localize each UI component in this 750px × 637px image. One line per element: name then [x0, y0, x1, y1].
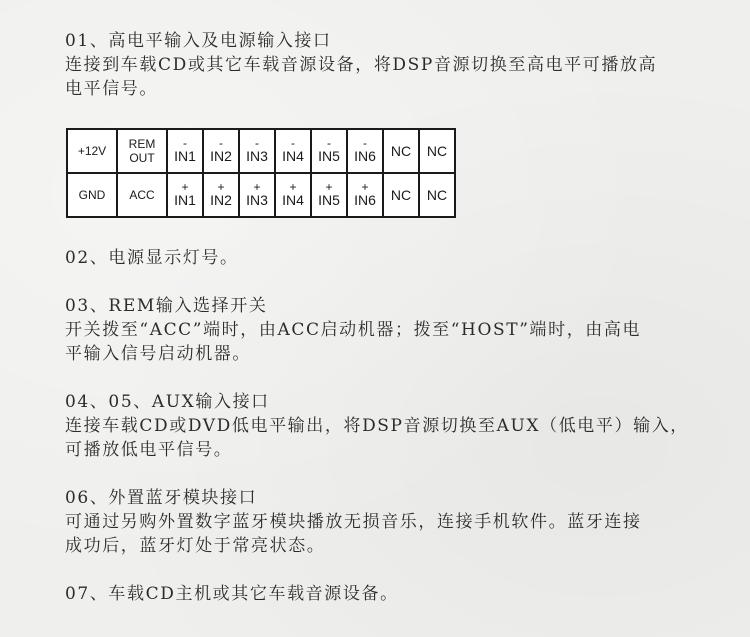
pin-cell-in4-negative: -IN4 [275, 129, 311, 173]
section-title: 04、05、AUX输入接口 [65, 390, 705, 414]
section-07-car-cd-host: 07、车载CD主机或其它车载音源设备。 [65, 582, 705, 606]
section-03-rem-switch: 03、REM输入选择开关 开关拨至“ACC”端时，由ACC启动机器；拨至“HOS… [65, 294, 705, 366]
pin-cell-12v: +12V [67, 129, 117, 173]
pin-table-row-top: +12V REM OUT -IN1 -IN2 -IN3 -IN4 -IN5 -I… [67, 129, 455, 173]
section-04-05-aux-input: 04、05、AUX输入接口 连接车载CD或DVD低电平输出，将DSP音源切换至A… [65, 390, 705, 462]
pin-cell-acc: ACC [117, 173, 167, 217]
section-02-power-indicator: 02、电源显示灯号。 [65, 246, 705, 270]
pin-cell-rem-out: REM OUT [117, 129, 167, 173]
pin-cell-in3-negative: -IN3 [239, 129, 275, 173]
pin-cell-in3-positive: +IN3 [239, 173, 275, 217]
section-text-line: 成功后，蓝牙灯处于常亮状态。 [65, 534, 705, 558]
pin-cell-nc: NC [419, 173, 455, 217]
pin-cell-in5-negative: -IN5 [311, 129, 347, 173]
pin-cell-nc: NC [419, 129, 455, 173]
section-text-line: 连接到车载CD或其它车载音源设备，将DSP音源切换至高电平可播放高 [65, 53, 705, 77]
pin-cell-in6-positive: +IN6 [347, 173, 383, 217]
section-title: 02、电源显示灯号。 [65, 246, 705, 270]
pin-cell-in4-positive: +IN4 [275, 173, 311, 217]
section-title: 03、REM输入选择开关 [65, 294, 705, 318]
section-text-line: 电平信号。 [65, 77, 705, 101]
section-text-line: 可通过另购外置数字蓝牙模块播放无损音乐，连接手机软件。蓝牙连接 [65, 510, 705, 534]
section-text-line: 可播放低电平信号。 [65, 438, 705, 462]
pin-cell-in2-positive: +IN2 [203, 173, 239, 217]
pin-cell-in2-negative: -IN2 [203, 129, 239, 173]
pin-layout-table: +12V REM OUT -IN1 -IN2 -IN3 -IN4 -IN5 -I… [66, 128, 456, 218]
section-text-line: 平输入信号启动机器。 [65, 342, 705, 366]
section-title: 06、外置蓝牙模块接口 [65, 486, 705, 510]
section-title: 07、车载CD主机或其它车载音源设备。 [65, 582, 705, 606]
section-06-bluetooth-module: 06、外置蓝牙模块接口 可通过另购外置数字蓝牙模块播放无损音乐，连接手机软件。蓝… [65, 486, 705, 558]
section-title: 01、高电平输入及电源输入接口 [65, 29, 705, 53]
pin-cell-gnd: GND [67, 173, 117, 217]
pin-cell-in6-negative: -IN6 [347, 129, 383, 173]
pin-cell-nc: NC [383, 173, 419, 217]
pin-cell-in5-positive: +IN5 [311, 173, 347, 217]
pin-table-row-bottom: GND ACC +IN1 +IN2 +IN3 +IN4 +IN5 +IN6 NC… [67, 173, 455, 217]
document-page: 01、高电平输入及电源输入接口 连接到车载CD或其它车载音源设备，将DSP音源切… [65, 29, 705, 606]
section-text-line: 连接车载CD或DVD低电平输出，将DSP音源切换至AUX（低电平）输入， [65, 414, 705, 438]
pin-cell-in1-positive: +IN1 [167, 173, 203, 217]
section-text-line: 开关拨至“ACC”端时，由ACC启动机器；拨至“HOST”端时，由高电 [65, 318, 705, 342]
pin-cell-nc: NC [383, 129, 419, 173]
pin-cell-in1-negative: -IN1 [167, 129, 203, 173]
section-01-high-level-input: 01、高电平输入及电源输入接口 连接到车载CD或其它车载音源设备，将DSP音源切… [65, 29, 705, 101]
